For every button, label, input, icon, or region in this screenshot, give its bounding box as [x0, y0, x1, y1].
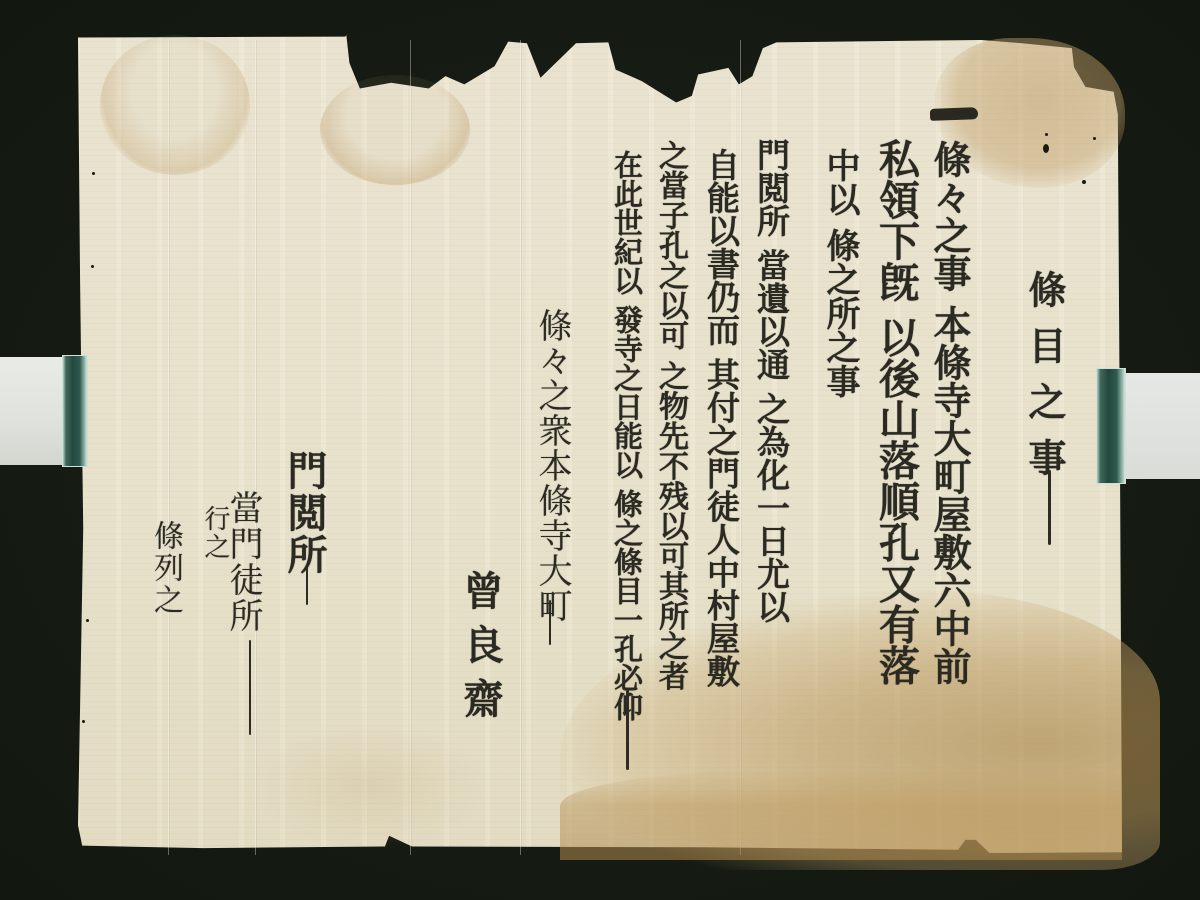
fold-line [255, 40, 256, 855]
speck [91, 265, 94, 268]
date-place-column: 條々之衆本條寺大町 [535, 308, 569, 623]
title-tail-stroke [1048, 470, 1051, 545]
speck [86, 619, 89, 622]
worm-hole [1043, 144, 1049, 153]
clip-glass-edge [1096, 368, 1126, 484]
speck [82, 720, 85, 723]
addressee-2: 當門徒所 [226, 490, 260, 634]
clip-body [1124, 373, 1200, 479]
addressee-3: 行之 [202, 505, 228, 561]
document-title: 條目之事 [1025, 270, 1063, 494]
body-column-1: 條々之事 本條寺大町屋敷六中前 [930, 140, 968, 685]
fold-line [520, 40, 521, 855]
right-acrylic-clip [1094, 368, 1200, 483]
body-column-2: 私領下旣 以後山落順孔又有落 [875, 138, 916, 685]
signature: 曾良齋 [460, 570, 500, 732]
speck [92, 172, 95, 175]
addressee-4: 條列之 [150, 520, 180, 616]
worm-hole [1045, 133, 1048, 136]
body-column-5: 自能以書仍而 其付之門徒人中村屋敷 [705, 148, 738, 688]
item-mark [930, 107, 978, 121]
addressee-1: 門閲所 [284, 450, 324, 576]
worm-hole [1082, 180, 1086, 184]
body-column-3: 中以 條之所之事 [823, 148, 857, 398]
fold-line [168, 40, 169, 855]
photo-stage: 條目之事 條々之事 本條寺大町屋敷六中前 私領下旣 以後山落順孔又有落 中以 條… [0, 0, 1200, 900]
worm-hole [1093, 137, 1096, 140]
body-column-6: 之當子孔之以可 之物先不残以可其所之者 [655, 140, 685, 690]
body-column-4: 門閲所 當遺以通 之為化一日尤以 [755, 138, 788, 623]
clip-body [0, 357, 64, 465]
addressee-tail-stroke [306, 565, 308, 605]
fold-line [410, 40, 411, 855]
body-column-7: 在此世紀以 發寺之日能以 條之條目一孔必仰 [612, 150, 641, 721]
addressee-tail-stroke [249, 640, 251, 735]
body-tail-stroke [626, 690, 629, 770]
date-tail-stroke [549, 600, 551, 645]
clip-glass-edge [62, 355, 88, 467]
left-acrylic-clip [0, 355, 90, 468]
